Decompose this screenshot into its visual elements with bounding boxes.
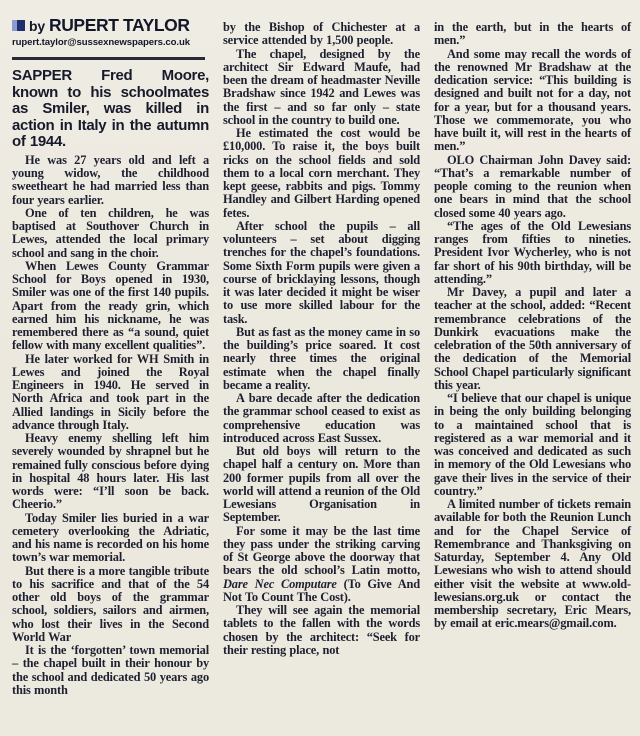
article-paragraph: A limited number of tickets remain avail… — [434, 498, 631, 631]
article-column-2: by the Bishop of Chichester at a service… — [223, 2, 420, 736]
article-paragraph: One of ten children, he was baptised at … — [12, 207, 209, 260]
byline-divider — [12, 57, 205, 60]
byline-prefix: by — [29, 18, 45, 34]
article-paragraph: For some it may be the last time they pa… — [223, 525, 420, 605]
article-paragraph: And some may recall the words of the ren… — [434, 48, 631, 154]
article-paragraph: When Lewes County Grammar School for Boy… — [12, 260, 209, 353]
article-paragraph: “I believe that our chapel is unique in … — [434, 392, 631, 498]
article-paragraph: He later worked for WH Smith in Lewes an… — [12, 353, 209, 433]
article-paragraph: OLO Chairman John Davey said: “That’s a … — [434, 154, 631, 220]
article-paragraph: But there is a more tangible tribute to … — [12, 565, 209, 645]
article-paragraph: in the earth, but in the hearts of men.” — [434, 21, 631, 48]
article-paragraph: “The ages of the Old Lewesians ranges fr… — [434, 220, 631, 286]
article-paragraph: by the Bishop of Chichester at a service… — [223, 21, 420, 48]
article-paragraph: He was 27 years old and left a young wid… — [12, 154, 209, 207]
article-paragraph: They will see again the memorial tablets… — [223, 604, 420, 657]
article-paragraph: But as fast as the money came in so the … — [223, 326, 420, 392]
article-paragraph: After school the pupils – all volunteers… — [223, 220, 420, 326]
article-paragraph: But old boys will return to the chapel h… — [223, 445, 420, 525]
column-1-text: SAPPER Fred Moore, known to his schoolma… — [12, 68, 209, 697]
article-paragraph: The chapel, designed by the architect Si… — [223, 48, 420, 128]
article-paragraph: It is the ‘forgotten’ town memorial – th… — [12, 644, 209, 697]
byline-author: RUPERT TAYLOR — [49, 15, 190, 36]
article-paragraph: Mr Davey, a pupil and later a teacher at… — [434, 286, 631, 392]
publication-square-icon — [12, 20, 25, 31]
lead-paragraph: SAPPER Fred Moore, known to his schoolma… — [12, 68, 209, 151]
byline-email: rupert.taylor@sussexnewspapers.co.uk — [12, 37, 209, 48]
article-paragraph: A bare decade after the dedication the g… — [223, 392, 420, 445]
article-paragraph: Heavy enemy shelling left him severely w… — [12, 432, 209, 512]
article-paragraph: Today Smiler lies buried in a war cemete… — [12, 512, 209, 565]
byline-row: by RUPERT TAYLOR — [12, 15, 209, 36]
article-column-1: by RUPERT TAYLOR rupert.taylor@sussexnew… — [12, 2, 209, 736]
article-paragraph: He estimated the cost would be £10,000. … — [223, 127, 420, 220]
newspaper-article-scan: by RUPERT TAYLOR rupert.taylor@sussexnew… — [0, 0, 640, 736]
article-column-3: in the earth, but in the hearts of men.”… — [434, 2, 631, 736]
byline: by RUPERT TAYLOR rupert.taylor@sussexnew… — [12, 2, 209, 60]
